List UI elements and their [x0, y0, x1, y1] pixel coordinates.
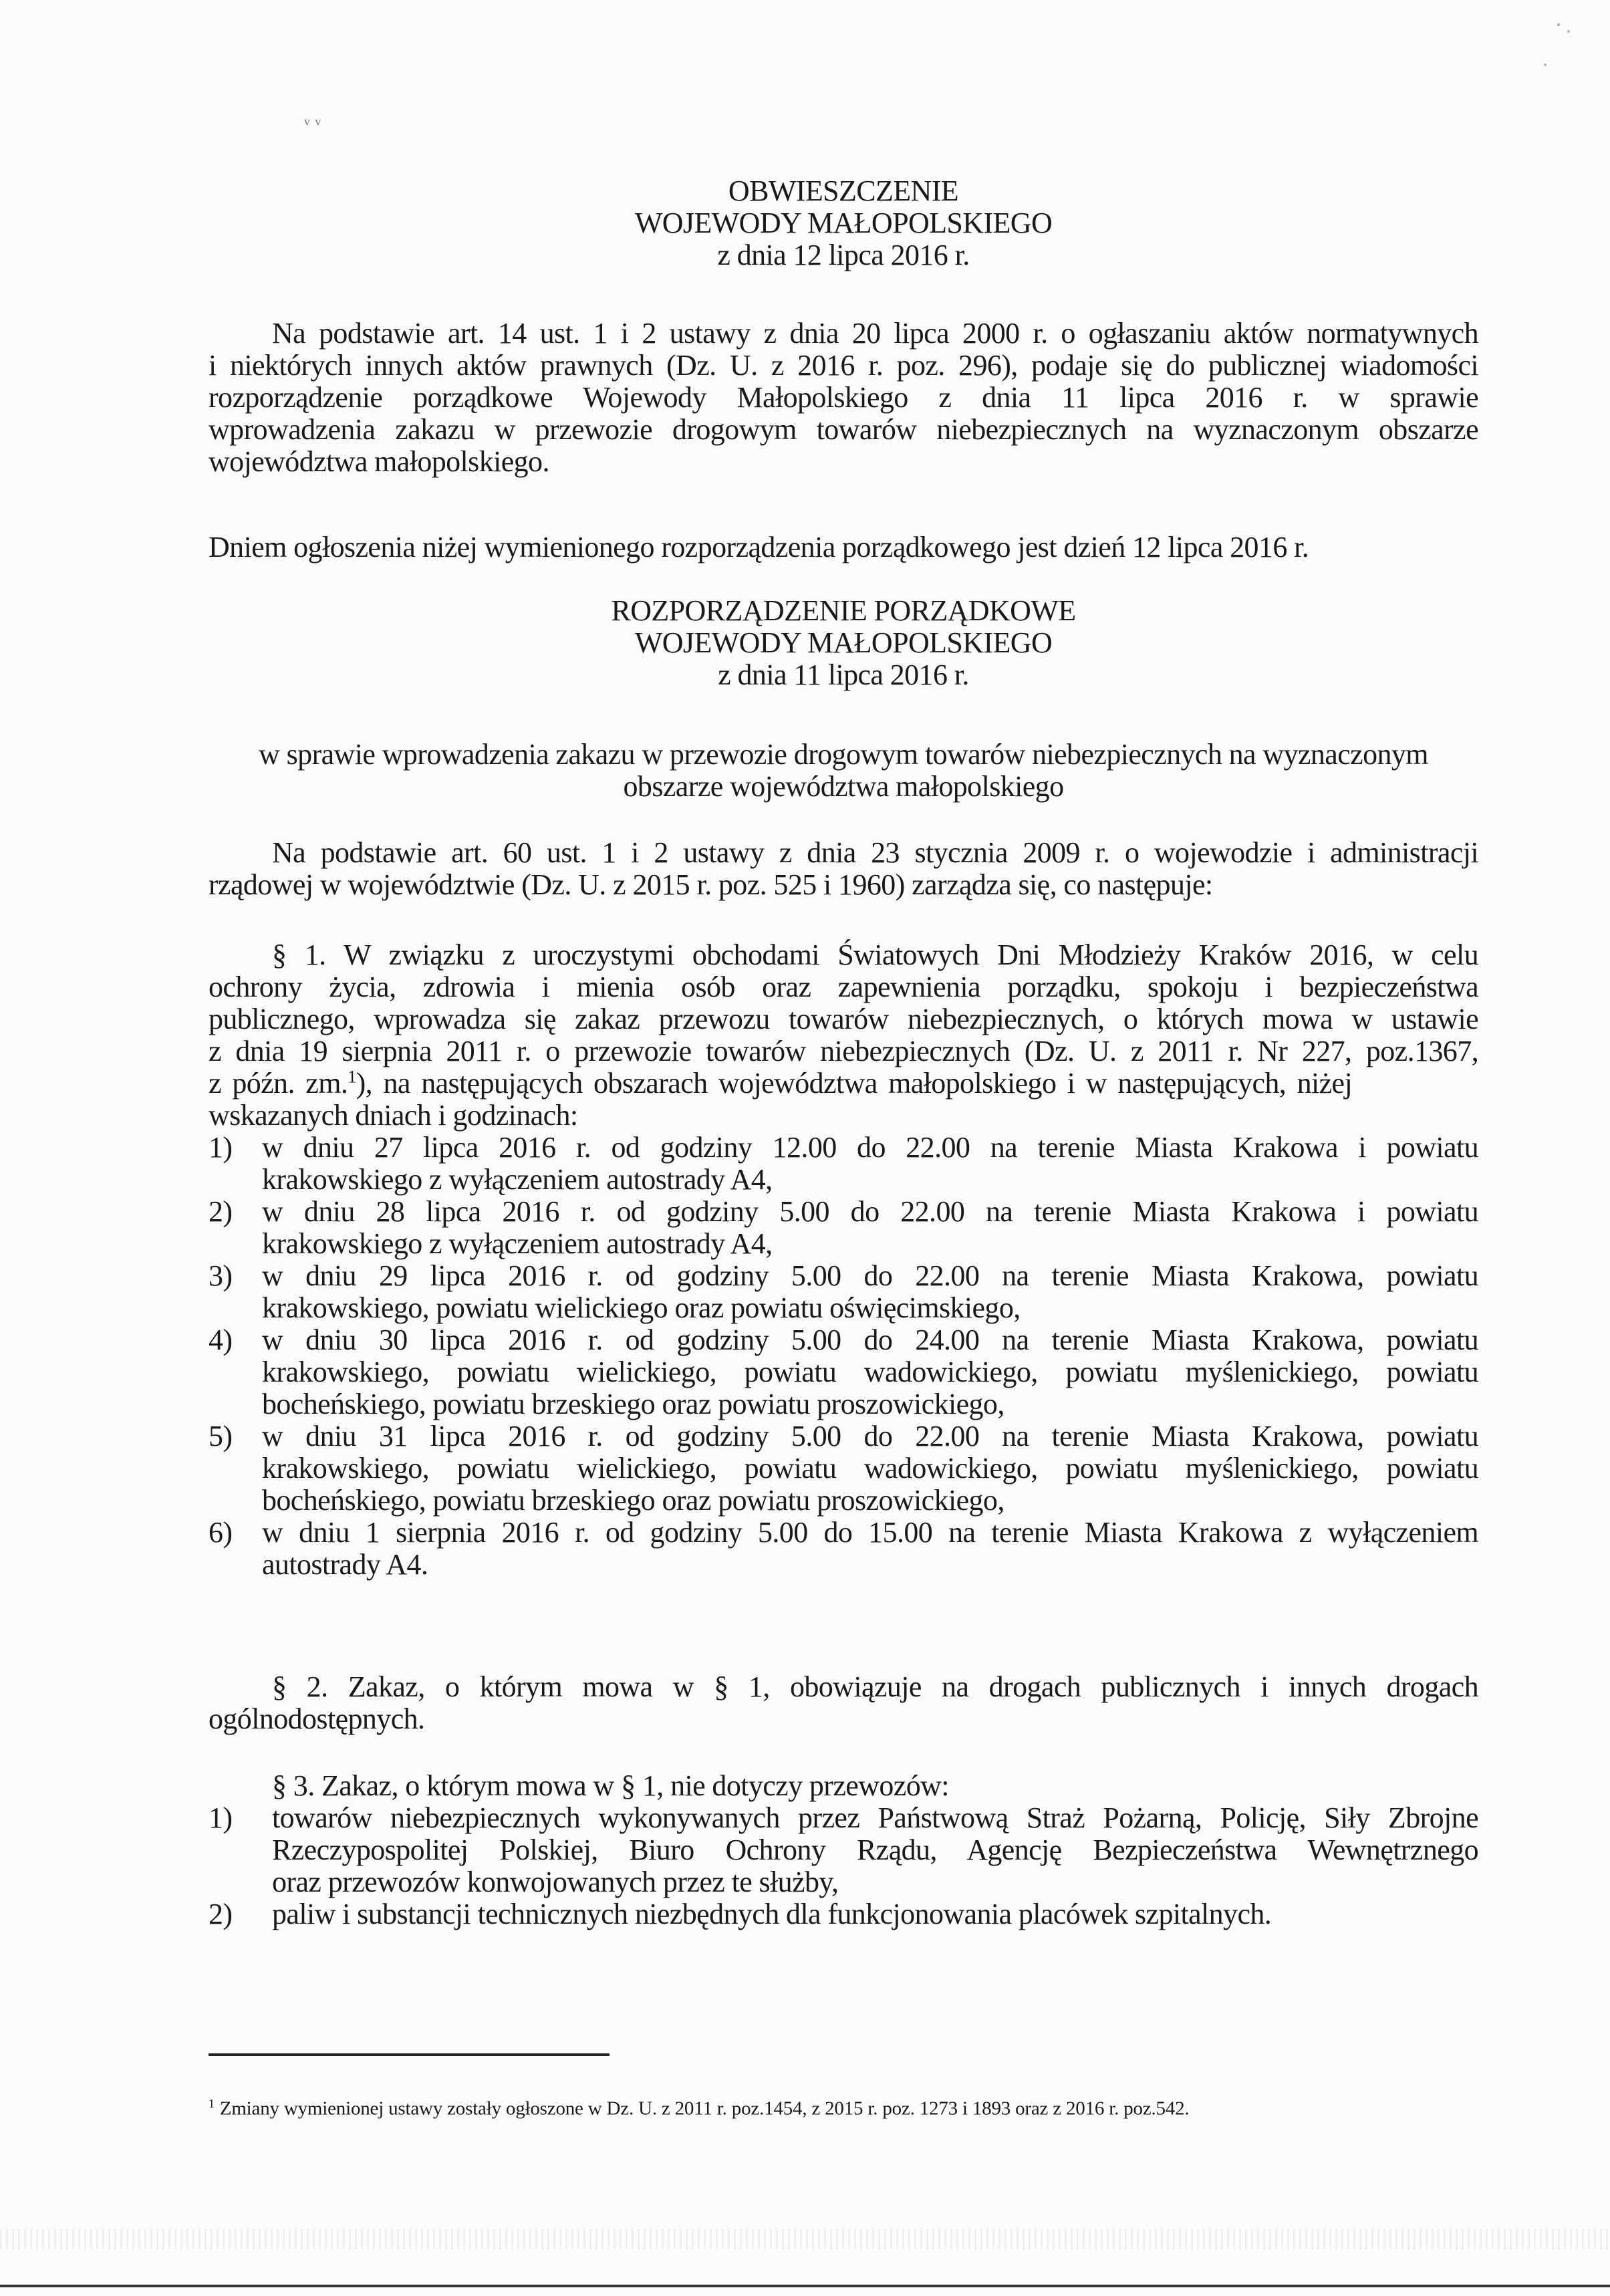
- footnote-marker: 1: [209, 2097, 215, 2110]
- section-1: § 1. W związku z uroczystymi obchodami Ś…: [209, 939, 1478, 1132]
- notice-title-line: WOJEWODY MAŁOPOLSKIEGO: [209, 207, 1478, 239]
- announcement-date-text: Dniem ogłoszenia niżej wymienionego rozp…: [209, 531, 1478, 563]
- footnote-text: Zmiany wymienionej ustawy zostały ogłosz…: [220, 2098, 1190, 2120]
- footnote-reference[interactable]: 1: [348, 1067, 356, 1086]
- paragraph-line: z późn. zm.1), na następujących obszarac…: [209, 1067, 1478, 1100]
- paragraph-line: Na podstawie art. 14 ust. 1 i 2 ustawy z…: [209, 317, 1478, 350]
- list-item-number: 5): [209, 1420, 232, 1452]
- text-run: ), na następujących obszarach województw…: [356, 1067, 1352, 1100]
- regulation-subject-line: obszarze województwa małopolskiego: [209, 771, 1478, 803]
- notice-title-line: OBWIESZCZENIE: [209, 175, 1478, 207]
- scan-mark: ᵛ ᵛ: [304, 114, 321, 136]
- paragraph-line: województwa małopolskiego.: [209, 446, 1478, 478]
- list-item-number: 1): [209, 1132, 232, 1164]
- scan-noise: [0, 2229, 1610, 2249]
- scan-speck: [1557, 23, 1560, 26]
- footnote: 1Zmiany wymienionej ustawy zostały ogłos…: [209, 2092, 1189, 2120]
- paragraph-line: rozporządzenie porządkowe Wojewody Małop…: [209, 382, 1478, 414]
- list-item: 2)paliw i substancji technicznych niezbę…: [209, 1898, 1478, 1930]
- paragraph-line: § 1. W związku z uroczystymi obchodami Ś…: [209, 939, 1478, 971]
- paragraph-line: i niektórych innych aktów prawnych (Dz. …: [209, 350, 1478, 382]
- regulation-title-line: WOJEWODY MAŁOPOLSKIEGO: [209, 627, 1478, 659]
- list-item: 6)w dniu 1 sierpnia 2016 r. od godziny 5…: [209, 1517, 1478, 1581]
- list-item-line: w dniu 31 lipca 2016 r. od godziny 5.00 …: [262, 1420, 1478, 1452]
- paragraph-line: § 2. Zakaz, o którym mowa w § 1, obowiąz…: [209, 1671, 1478, 1703]
- footnote-separator: [209, 2053, 610, 2056]
- list-item-line: krakowskiego, powiatu wielickiego oraz p…: [262, 1292, 1478, 1324]
- paragraph-line: rządowej w województwie (Dz. U. z 2015 r…: [209, 869, 1478, 901]
- list-item: 3)w dniu 29 lipca 2016 r. od godziny 5.0…: [209, 1260, 1478, 1324]
- paragraph-line: wskazanych dniach i godzinach:: [209, 1100, 1478, 1132]
- list-item-line: w dniu 27 lipca 2016 r. od godziny 12.00…: [262, 1132, 1478, 1164]
- list-item-number: 2): [209, 1898, 232, 1930]
- list-item: 5)w dniu 31 lipca 2016 r. od godziny 5.0…: [209, 1420, 1478, 1517]
- announcement-date-line: Dniem ogłoszenia niżej wymienionego rozp…: [209, 531, 1478, 563]
- notice-intro-paragraph: Na podstawie art. 14 ust. 1 i 2 ustawy z…: [209, 317, 1478, 478]
- list-item: 2)w dniu 28 lipca 2016 r. od godziny 5.0…: [209, 1196, 1478, 1260]
- regulation-subject-line: w sprawie wprowadzenia zakazu w przewozi…: [209, 739, 1478, 771]
- scanned-document-page: ᵛ ᵛ OBWIESZCZENIE WOJEWODY MAŁOPOLSKIEGO…: [0, 0, 1610, 2296]
- list-item: 1)w dniu 27 lipca 2016 r. od godziny 12.…: [209, 1132, 1478, 1196]
- paragraph-line: ochrony życia, zdrowia i mienia osób ora…: [209, 971, 1478, 1003]
- paragraph-line: z dnia 19 sierpnia 2011 r. o przewozie t…: [209, 1035, 1478, 1067]
- section-1-list: 1)w dniu 27 lipca 2016 r. od godziny 12.…: [209, 1132, 1478, 1581]
- section-2: § 2. Zakaz, o którym mowa w § 1, obowiąz…: [209, 1671, 1478, 1735]
- list-item: 1)towarów niebezpiecznych wykonywanych p…: [209, 1802, 1478, 1898]
- section-3-list: 1)towarów niebezpiecznych wykonywanych p…: [209, 1802, 1478, 1930]
- list-item-number: 1): [209, 1802, 232, 1834]
- paragraph-line: wprowadzenia zakazu w przewozie drogowym…: [209, 414, 1478, 446]
- list-item-line: towarów niebezpiecznych wykonywanych prz…: [272, 1802, 1478, 1834]
- list-item-line: bocheńskiego, powiatu brzeskiego oraz po…: [262, 1485, 1478, 1517]
- notice-date: z dnia 12 lipca 2016 r.: [209, 239, 1478, 271]
- regulation-date: z dnia 11 lipca 2016 r.: [209, 659, 1478, 691]
- list-item-line: autostrady A4.: [262, 1549, 1478, 1581]
- list-item-number: 3): [209, 1260, 232, 1292]
- paragraph-line: ogólnodostępnych.: [209, 1703, 1478, 1735]
- notice-title: OBWIESZCZENIE WOJEWODY MAŁOPOLSKIEGO z d…: [209, 175, 1478, 271]
- section-3: § 3. Zakaz, o którym mowa w § 1, nie dot…: [209, 1770, 1478, 1802]
- list-item-line: Rzeczypospolitej Polskiej, Biuro Ochrony…: [272, 1834, 1478, 1866]
- list-item-line: krakowskiego, powiatu wielickiego, powia…: [262, 1452, 1478, 1485]
- scan-speck: [1567, 30, 1570, 33]
- list-item-line: krakowskiego z wyłączeniem autostrady A4…: [262, 1164, 1478, 1196]
- regulation-subject: w sprawie wprowadzenia zakazu w przewozi…: [209, 739, 1478, 803]
- regulation-title: ROZPORZĄDZENIE PORZĄDKOWE WOJEWODY MAŁOP…: [209, 595, 1478, 691]
- list-item-line: krakowskiego, powiatu wielickiego, powia…: [262, 1356, 1478, 1388]
- paragraph-line: Na podstawie art. 60 ust. 1 i 2 ustawy z…: [209, 837, 1478, 869]
- list-item-number: 6): [209, 1517, 232, 1549]
- regulation-title-line: ROZPORZĄDZENIE PORZĄDKOWE: [209, 595, 1478, 627]
- list-item-line: w dniu 29 lipca 2016 r. od godziny 5.00 …: [262, 1260, 1478, 1292]
- scan-speck: [1544, 63, 1547, 66]
- list-item-number: 4): [209, 1324, 232, 1356]
- list-item: 4)w dniu 30 lipca 2016 r. od godziny 5.0…: [209, 1324, 1478, 1420]
- list-item-line: paliw i substancji technicznych niezbędn…: [272, 1898, 1478, 1930]
- page-edge: [0, 2285, 1610, 2287]
- text-run: z późn. zm.: [209, 1067, 348, 1100]
- list-item-line: w dniu 1 sierpnia 2016 r. od godziny 5.0…: [262, 1517, 1478, 1549]
- list-item-line: w dniu 30 lipca 2016 r. od godziny 5.00 …: [262, 1324, 1478, 1356]
- list-item-line: oraz przewozów konwojowanych przez te sł…: [272, 1866, 1478, 1898]
- paragraph-line: § 3. Zakaz, o którym mowa w § 1, nie dot…: [209, 1770, 1478, 1802]
- list-item-line: w dniu 28 lipca 2016 r. od godziny 5.00 …: [262, 1196, 1478, 1228]
- list-item-line: krakowskiego z wyłączeniem autostrady A4…: [262, 1228, 1478, 1260]
- legal-basis-paragraph: Na podstawie art. 60 ust. 1 i 2 ustawy z…: [209, 837, 1478, 901]
- paragraph-line: publicznego, wprowadza się zakaz przewoz…: [209, 1003, 1478, 1035]
- list-item-number: 2): [209, 1196, 232, 1228]
- list-item-line: bocheńskiego, powiatu brzeskiego oraz po…: [262, 1388, 1478, 1420]
